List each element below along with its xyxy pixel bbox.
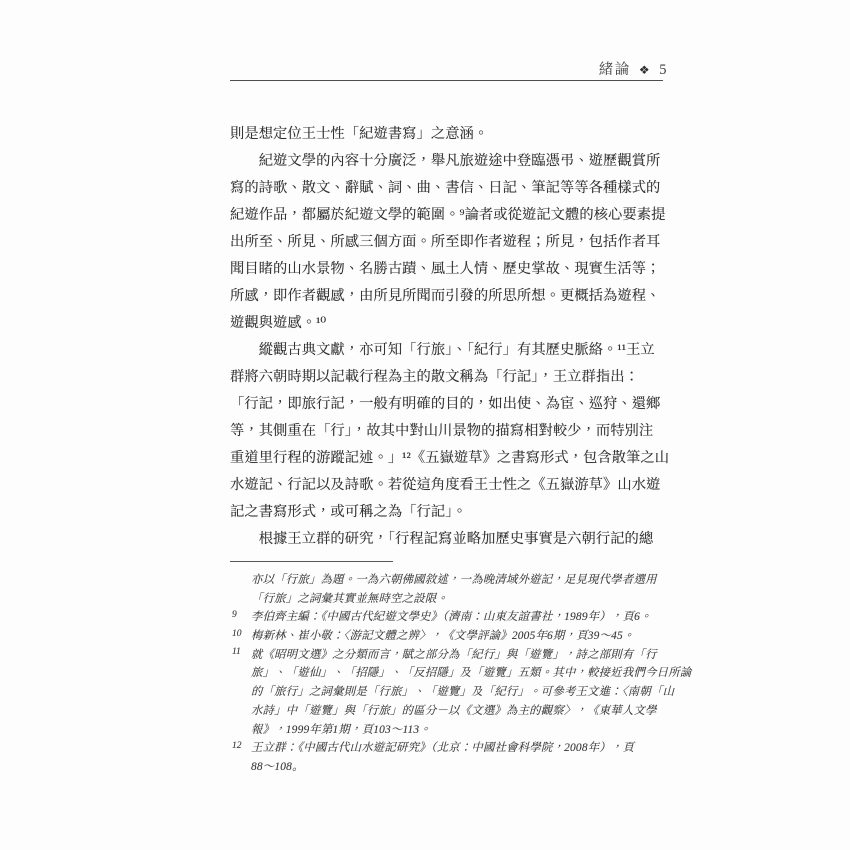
- footnote-line: 的「旅行」之詞彙則是「行旅」、「遊覽」及「紀行」。可參考王文進：〈南朝「山: [231, 683, 665, 702]
- body-line: 群將六朝時期以記載行程為主的散文稱為「行記」，王立群指出：: [230, 364, 668, 391]
- footnote-text: 梅新林、崔小敬：〈游記文體之辨〉，《文學評論》2005年6期，頁39～45。: [251, 630, 635, 642]
- chapter-title: 緒論: [599, 62, 631, 78]
- footnote-text: 報》，1999年第1期，頁103～113。: [251, 724, 431, 736]
- footnote-line: 12王立群：《中國古代山水遊記研究》（北京：中國社會科學院，2008年），頁: [231, 739, 665, 758]
- body-line: 根據王立群的研究，「行程記寫並略加歷史事實是六朝行記的總: [230, 526, 668, 553]
- footnote-line: 10梅新林、崔小敬：〈游記文體之辨〉，《文學評論》2005年6期，頁39～45。: [231, 627, 665, 646]
- body-line: 寫的詩歌、散文、辭賦、詞、曲、書信、日記、筆記等等各種樣式的: [230, 175, 668, 202]
- footnote-text: 88～108。: [251, 761, 304, 773]
- footnote-line: 「行旅」之詞彙其實並無時空之設限。: [231, 590, 665, 609]
- footnote-number: 12: [232, 737, 242, 756]
- body-line: 「行記，即旅行記，一般有明確的目的，如出使、為宦、巡狩、還鄉: [230, 391, 668, 418]
- footnote-line: 88～108。: [231, 758, 665, 777]
- footnote-line: 水詩」中「遊覽」與「行旅」的區分－以《文選》為主的觀察〉，《東華人文學: [231, 702, 665, 721]
- body-line: 紀遊文學的內容十分廣泛，舉凡旅遊途中登臨憑弔、遊歷觀賞所: [230, 148, 668, 175]
- footnote-line: 旅」、「遊仙」、「招隱」、「反招隱」及「遊覽」五類。其中，較接近我們今日所論: [231, 664, 665, 683]
- body-line: 重道里行程的游蹤記述。」¹²《五嶽遊草》之書寫形式，包含散筆之山: [230, 445, 668, 472]
- header-rule: [230, 80, 663, 81]
- page-number: 5: [659, 62, 668, 78]
- body-line: 等，其側重在「行」，故其中對山川景物的描寫相對較少，而特別注: [230, 418, 668, 445]
- ornament-icon: ❖: [639, 63, 651, 77]
- body-line: 出所至、所見、所感三個方面。所至即作者遊程；所見，包括作者耳: [230, 229, 668, 256]
- body-line: 紀遊作品，都屬於紀遊文學的範圍。⁹論者或從遊記文體的核心要素提: [230, 202, 668, 229]
- footnote-text: 亦以「行旅」為題。一為六朝佛國敘述，一為晚清域外遊記，足見現代學者選用: [251, 574, 657, 586]
- footnote-separator-rule: [230, 561, 393, 562]
- body-line: 水遊記、行記以及詩歌。若從這角度看王士性之《五嶽游草》山水遊: [230, 472, 668, 499]
- body-line: 聞目睹的山水景物、名勝古蹟、風土人情、歷史掌故、現實生活等；: [230, 256, 668, 283]
- footnotes: 亦以「行旅」為題。一為六朝佛國敘述，一為晚清域外遊記，足見現代學者選用「行旅」之…: [231, 571, 665, 777]
- footnote-text: 的「旅行」之詞彙則是「行旅」、「遊覽」及「紀行」。可參考王文進：〈南朝「山: [251, 686, 674, 698]
- body-line: 所感，即作者觀感，由所見所聞而引發的所思所想。更概括為遊程、: [230, 283, 668, 310]
- footnote-text: 就《昭明文選》之分類而言，賦之部分為「紀行」與「遊覽」，詩之部則有「行: [251, 649, 657, 661]
- footnote-text: 「行旅」之詞彙其實並無時空之設限。: [251, 593, 448, 605]
- footnote-text: 李伯齊主編：《中國古代紀遊文學史》（濟南：山東友誼書社，1989年），頁6。: [251, 611, 652, 623]
- footnote-line: 亦以「行旅」為題。一為六朝佛國敘述，一為晚清域外遊記，足見現代學者選用: [231, 571, 665, 590]
- footnote-line: 9李伯齊主編：《中國古代紀遊文學史》（濟南：山東友誼書社，1989年），頁6。: [231, 608, 665, 627]
- footnote-number: 9: [232, 606, 237, 625]
- footnote-number: 11: [232, 643, 241, 662]
- running-header: 緒論 ❖ 5: [599, 58, 668, 79]
- body-line: 遊觀與遊感。¹⁰: [230, 310, 668, 337]
- book-page-scan: 緒論 ❖ 5 則是想定位王士性「紀遊書寫」之意涵。 紀遊文學的內容十分廣泛，舉凡…: [0, 0, 850, 850]
- footnote-text: 旅」、「遊仙」、「招隱」、「反招隱」及「遊覽」五類。其中，較接近我們今日所論: [251, 667, 691, 679]
- footnote-line: 報》，1999年第1期，頁103～113。: [231, 721, 665, 740]
- footnote-text: 王立群：《中國古代山水遊記研究》（北京：中國社會科學院，2008年），頁: [251, 742, 634, 754]
- body-text: 則是想定位王士性「紀遊書寫」之意涵。 紀遊文學的內容十分廣泛，舉凡旅遊途中登臨憑…: [230, 121, 668, 553]
- footnote-text: 水詩」中「遊覽」與「行旅」的區分－以《文選》為主的觀察〉，《東華人文學: [251, 705, 657, 717]
- body-line: 則是想定位王士性「紀遊書寫」之意涵。: [230, 121, 668, 148]
- footnote-line: 11就《昭明文選》之分類而言，賦之部分為「紀行」與「遊覽」，詩之部則有「行: [231, 646, 665, 665]
- body-line: 記之書寫形式，或可稱之為「行記」。: [230, 499, 668, 526]
- body-line: 縱觀古典文獻，亦可知「行旅」、「紀行」有其歷史脈絡。¹¹王立: [230, 337, 668, 364]
- footnote-number: 10: [232, 625, 242, 644]
